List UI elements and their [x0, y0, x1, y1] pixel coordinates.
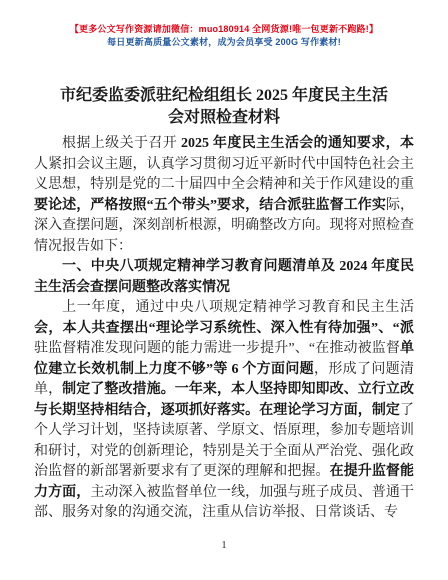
text-run: 上一年度，通过中央八项规定精神学习教育和民主生活 [62, 300, 414, 315]
body-paragraph: 根据上级关于召开 2025 年度民主生活会的通知要求，本人紧扣会议主题，认真学习… [34, 134, 414, 257]
bold-text-run: 会，本人共查摆出“理论学习系统性、深入性有待加强”、“派 [34, 321, 414, 336]
text-run: 人紧扣会议主题，认真学习贯彻习近平新时代中国特色社会主义思想，特别是党的二十届四… [34, 157, 414, 193]
document-title-line-1: 市纪委监委派驻纪检组组长 2025 年度民主生活 [34, 85, 414, 107]
section-heading: 一、中央八项规定精神学习教育问题清单及 2024 年度民主生活会查摆问题整改落实… [34, 257, 414, 298]
document-page: 【更多公文写作资源请加微信：muo180914 全网货源!唯一包更新不跑路!】 … [0, 0, 448, 580]
text-run: 主动深入被监督单位一线，加强与班子成员、普通干部、服务对象的沟通交流，注重从信访… [34, 485, 414, 521]
bold-text-run: 要论述，严格按照“五个带头”要求，结合派驻监督工作实 [34, 198, 386, 213]
document-title-line-2: 会对照检查材料 [34, 107, 414, 129]
page-number: 1 [0, 538, 448, 552]
text-run: 驻监督精准发现问题的能力需进一步提升”、“在推动被监督 [34, 341, 400, 356]
text-run: 根据上级关于召开 [62, 136, 181, 151]
document-title: 市纪委监委派驻纪检组组长 2025 年度民主生活 会对照检查材料 [34, 85, 414, 129]
bold-text-run: 一、中央八项规定精神学习教育问题清单及 2024 年度民主生活会查摆问题整改落实… [34, 259, 414, 295]
bold-text-run: 2025 年度民主生活会的通知要求，本 [181, 136, 414, 151]
promo-watermark: 【更多公文写作资源请加微信：muo180914 全网货源!唯一包更新不跑路!】 … [0, 23, 448, 49]
document-body: 根据上级关于召开 2025 年度民主生活会的通知要求，本人紧扣会议主题，认真学习… [34, 134, 414, 526]
bold-text-run: 制定了整改措施。一年来，本人坚持即知即改、立行立改与长期坚持相结合，逐项抓好落实… [34, 382, 414, 418]
promo-line-red: 【更多公文写作资源请加微信：muo180914 全网货源!唯一包更新不跑路!】 [0, 23, 448, 36]
promo-line-blue: 每日更新高质量公文素材，成为会员享受 200G 写作素材! [0, 36, 448, 49]
body-paragraph: 上一年度，通过中央八项规定精神学习教育和民主生活会，本人共查摆出“理论学习系统性… [34, 298, 414, 524]
